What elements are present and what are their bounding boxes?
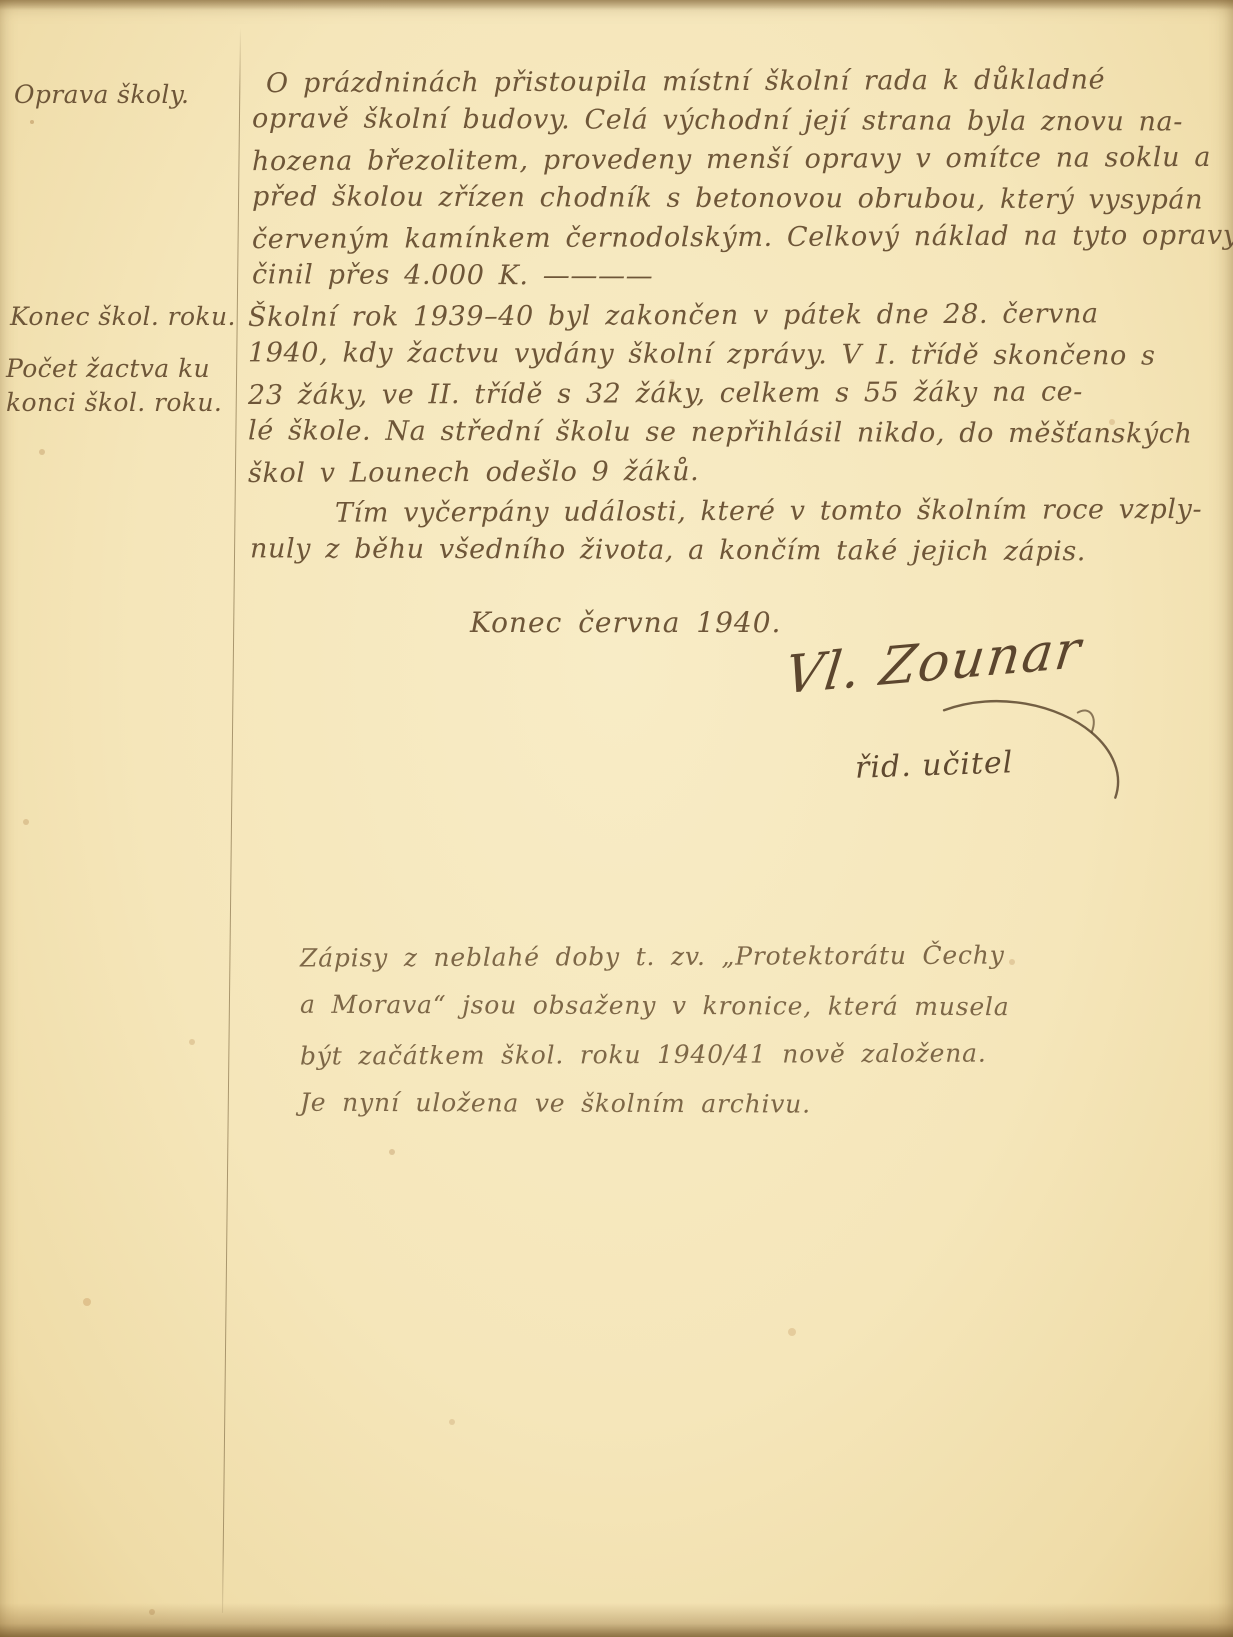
- handwritten-line: a Morava“ jsou obsaženy v kronice, která…: [300, 980, 1010, 1031]
- paragraph-oprava-skoly: O prázdninách přistoupila místní školní …: [252, 62, 1233, 296]
- chronicle-page: Oprava školy. Konec škol. roku. Počet ža…: [0, 0, 1233, 1637]
- handwritten-line: opravě školní budovy. Celá východní její…: [252, 99, 1233, 141]
- signature-name: Vl. Zounar: [782, 614, 1148, 706]
- handwritten-line: 1940, kdy žactvu vydány školní zprávy. V…: [248, 333, 1193, 375]
- handwritten-line: lé škole. Na střední školu se nepřihlási…: [248, 411, 1193, 453]
- paragraph-konec-skolniho-roku: Školní rok 1939–40 byl zakončen v pátek …: [248, 296, 1193, 491]
- paper-speckles: [30, 120, 34, 124]
- paragraph-addendum: Zápisy z neblahé doby t. zv. „Protektorá…: [300, 932, 1009, 1128]
- date-line: Konec června 1940.: [470, 606, 781, 639]
- handwritten-line: Zápisy z neblahé doby t. zv. „Protektorá…: [300, 930, 1010, 982]
- handwritten-line: červeným kamínkem černodolským. Celkový …: [252, 216, 1233, 259]
- margin-note-konec-skol-roku: Konec škol. roku.: [10, 300, 236, 334]
- margin-note-pocet-zactva: Počet žactva ku konci škol. roku.: [6, 352, 241, 420]
- handwritten-line: nuly z běhu všedního života, a končím ta…: [250, 529, 1202, 571]
- handwritten-line: Tím vyčerpány události, které v tomto šk…: [250, 490, 1202, 533]
- handwritten-line: být začátkem škol. roku 1940/41 nově zal…: [300, 1028, 1010, 1080]
- margin-note-oprava-skoly: Oprava školy.: [14, 78, 189, 112]
- handwritten-line: činil přes 4.000 K. ————: [252, 255, 1233, 297]
- handwritten-line: Je nyní uložena ve školním archivu.: [300, 1078, 1010, 1129]
- handwritten-line: škol v Lounech odešlo 9 žáků.: [248, 450, 1193, 493]
- signature-block: Vl. Zounar: [783, 615, 1157, 826]
- page-top-shadow: [0, 0, 1233, 10]
- paragraph-zaver: Tím vyčerpány události, které v tomto šk…: [250, 492, 1202, 570]
- page-bottom-shadow: [0, 1603, 1233, 1637]
- margin-rule: [222, 28, 241, 1613]
- handwritten-line: hozena březolitem, provedeny menší oprav…: [252, 138, 1233, 181]
- handwritten-line: O prázdninách přistoupila místní školní …: [252, 60, 1233, 103]
- handwritten-line: před školou zřízen chodník s betonovou o…: [252, 177, 1233, 219]
- handwritten-line: 23 žáky, ve II. třídě s 32 žáky, celkem …: [248, 372, 1193, 415]
- signature-title: řid. učitel: [854, 745, 1013, 786]
- handwritten-line: Školní rok 1939–40 byl zakončen v pátek …: [248, 294, 1193, 337]
